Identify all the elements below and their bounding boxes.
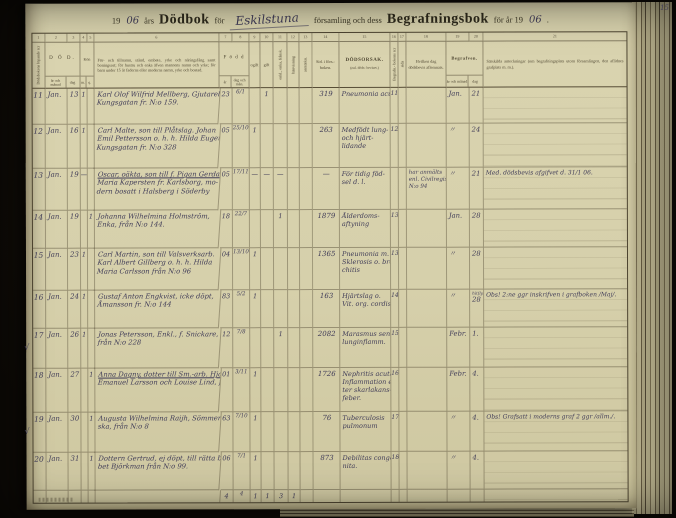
cell-nr: 11 — [391, 88, 399, 124]
cell-note — [484, 87, 627, 123]
cell-no: 15 — [33, 249, 46, 291]
cell-bmonth: Febr. — [447, 368, 470, 412]
mid-label: församling och dess — [314, 15, 382, 25]
cell-sid: 2082 — [313, 328, 340, 368]
col-num: 5 — [87, 34, 94, 43]
cell-s4 — [300, 368, 313, 412]
cell-s1: — — [261, 168, 274, 210]
cell-s2: 1 — [274, 328, 288, 368]
cell-orsak — [341, 490, 392, 502]
col-num: 12 — [287, 33, 299, 42]
cell-note — [484, 123, 627, 167]
cell-fyr: 83 — [220, 290, 233, 328]
cell-sid: 1879 — [313, 210, 340, 248]
header-cause-of-death: DÖDSORSAK. (enl. döds- beviset.) — [339, 42, 390, 88]
header-death-certificate: Hvilken dag dödsbevis aflemnats. — [406, 42, 446, 88]
parish-handwritten: Eskilstuna — [229, 10, 309, 30]
header-buried-day: dag — [469, 76, 482, 87]
cell-name — [95, 490, 221, 502]
cell-month: Jan. — [46, 291, 68, 329]
cell-name: Dottern Gertrud, ej döpt, till rätta ben… — [94, 452, 222, 490]
cell-name: Augusta Wilhelmina Raijh, Sömmer-ska, fr… — [94, 412, 222, 452]
cell-name: Carl Malte, son till Plåtslag. JohanEmil… — [93, 124, 221, 168]
cell-fdm: 17/11 — [233, 168, 250, 210]
for-ar-label: för år 19 — [494, 14, 523, 24]
cell-fyr: 18 — [220, 210, 233, 248]
cell-attest — [407, 124, 447, 168]
cell-fdm: 7/10 — [233, 412, 250, 452]
cell-no: 12 — [33, 125, 46, 169]
cell-nr2 — [399, 124, 407, 168]
col-num: 20 — [469, 33, 483, 42]
cell-no: 16 — [33, 291, 46, 329]
cell-note: Med. dödsbevis afgifvet d. 31/1 06. — [484, 167, 627, 209]
cell-day: 27 — [68, 369, 81, 413]
cell-bmonth — [448, 490, 471, 502]
cell-fyr: 06 — [221, 452, 234, 490]
cell-nr2 — [399, 88, 407, 124]
cell-s1 — [262, 452, 275, 490]
cell-s4 — [300, 168, 313, 210]
cell-bday: 28 — [470, 210, 484, 248]
photo-background: 15 1906 års Dödbok för Eskilstuna försam… — [0, 0, 676, 518]
cell-s2 — [274, 368, 288, 412]
cell-s0: 1 — [251, 490, 262, 502]
cell-month: Jan. — [46, 169, 68, 211]
cell-s3 — [288, 248, 300, 290]
cell-s4 — [301, 490, 314, 502]
cell-no: 20 — [34, 453, 47, 491]
cell-s1 — [261, 290, 274, 328]
cell-s1: 1 — [262, 490, 275, 502]
cell-attest — [407, 248, 447, 290]
stacked-page-edges — [632, 2, 672, 514]
cell-bmonth: 〃 — [447, 290, 470, 328]
cell-attest — [407, 328, 447, 368]
cell-s1: 1 — [261, 88, 274, 124]
cell-sid: 263 — [313, 124, 340, 168]
cell-month: Jan. — [46, 413, 68, 453]
cell-s2 — [274, 124, 288, 168]
cell-nr: 15 — [391, 328, 399, 368]
cell-name: Johanna Wilhelmina Holmström,Enka, från … — [94, 210, 222, 248]
cell-no: 19 — [33, 413, 46, 453]
cell-fdm: 22/7 — [233, 210, 250, 248]
cell-sid: — — [313, 168, 340, 210]
col-num: 8 — [232, 33, 249, 42]
year-handwritten: 06 — [126, 16, 139, 27]
cell-s4 — [301, 452, 314, 490]
cell-bday: 21 — [470, 88, 484, 124]
cell-nr: 17 — [391, 412, 399, 452]
cell-s4 — [300, 88, 313, 124]
cell-orsak: Debilitas conge-nita. — [341, 452, 392, 490]
cell-sid — [314, 490, 341, 502]
col-num: 1 — [32, 34, 45, 43]
cell-attest: har anmältsenl. CivilregistretN:o 94 — [407, 168, 447, 210]
cell-nr2 — [399, 328, 407, 368]
cell-s3 — [288, 290, 300, 328]
cell-s4 — [300, 412, 313, 452]
cell-s4 — [300, 210, 313, 248]
header-reference: hänvisning — [287, 42, 299, 88]
col-num: 2 — [45, 34, 67, 43]
header-buried-group: Begrafven. år och månad dag — [446, 42, 483, 88]
cell-month: Jan. — [46, 89, 68, 125]
cell-day: 19 — [68, 211, 81, 249]
cell-fyr: 01 — [220, 368, 233, 412]
cell-s2: 3 — [275, 490, 289, 502]
cell-s2 — [274, 88, 288, 124]
cell-nr — [391, 168, 399, 210]
col-num: 19 — [446, 33, 469, 42]
cell-no: 14 — [33, 211, 46, 249]
cell-nr: 16 — [391, 368, 399, 412]
cell-s0: 1 — [250, 124, 261, 168]
cell-s3 — [288, 328, 300, 368]
cell-day: 26 — [68, 329, 81, 369]
cell-s3 — [288, 168, 300, 210]
cell-s3 — [288, 412, 300, 452]
cell-s2 — [274, 290, 288, 328]
cell-no: 18 — [33, 369, 46, 413]
cell-s3 — [288, 88, 300, 124]
cell-s2: 1 — [274, 210, 288, 248]
cell-day: 16 — [68, 125, 81, 169]
year-handwritten-2: 06 — [529, 14, 542, 25]
cell-attest — [407, 368, 447, 412]
cell-name: Jonas Petersson, Enkl., f. Snickare,från… — [94, 328, 222, 368]
cell-nr2 — [399, 412, 407, 452]
cell-nr2 — [399, 368, 407, 412]
dodbok-title: Dödbok — [159, 12, 210, 28]
header-sex-group: Kön m. q. — [80, 43, 94, 89]
cell-fyr: 63 — [220, 412, 233, 452]
begrafningsbok-title: Begrafningsbok — [387, 12, 489, 28]
cell-day: 30 — [68, 413, 81, 453]
cell-bmonth: Jan. — [447, 88, 470, 124]
cell-fyr: 23 — [220, 88, 233, 124]
cell-bday: 24 — [470, 124, 484, 168]
cell-bmonth: 〃 — [447, 248, 470, 290]
cell-note — [484, 327, 627, 367]
cell-bday: 4. — [471, 452, 485, 490]
cell-bday — [471, 490, 485, 502]
header-unmarried: ogift — [249, 42, 260, 88]
cell-fdm: 6/1 — [233, 88, 250, 124]
cell-s2 — [275, 452, 289, 490]
cell-fdm: 5/2 — [233, 290, 250, 328]
cell-attest — [407, 290, 447, 328]
printer-mark — [39, 498, 73, 502]
cell-day: 31 — [69, 453, 82, 491]
cell-s2 — [274, 248, 288, 290]
cell-nr: 13 — [391, 248, 399, 290]
cell-nr: 13 — [391, 210, 399, 248]
cell-fdm: 4 — [234, 490, 251, 502]
cell-name: Oscar, oäkta, son till f. Pigan GerdaMar… — [93, 168, 221, 210]
header-remark: anmärkn. — [299, 42, 312, 88]
cell-s3 — [288, 210, 300, 248]
cell-bday: 4. — [470, 368, 484, 412]
cell-name: Anna Dagny, dotter till Sm.-arb. Hjalmar… — [94, 368, 222, 412]
cell-bday: 21 — [470, 168, 484, 210]
cell-s1 — [261, 210, 274, 248]
cell-orsak: Ålderdoms-aftyning — [340, 210, 391, 248]
stacked-page-edges-bottom — [280, 508, 634, 517]
cell-fyr: 4 — [221, 490, 234, 502]
table-header-row: Dödsbokens löpande n:r D Ö D. år och mån… — [32, 41, 626, 89]
cell-attest — [407, 412, 447, 452]
header-widowed: enkl., enka, frånsk. — [273, 42, 287, 88]
cell-no: 13 — [33, 169, 46, 211]
cell-s0: — — [250, 168, 261, 210]
cell-day: 23 — [68, 249, 81, 291]
cell-note — [484, 247, 627, 289]
cell-bmonth: 〃 — [447, 168, 470, 210]
cell-s4 — [300, 124, 313, 168]
header-parish-book-page: Sid. i förs.- boken. — [312, 42, 339, 88]
cell-day: 19 — [68, 169, 81, 211]
cell-orsak: Medfödt lung-och hjärt-lidande — [340, 124, 391, 168]
cell-s3: 1 — [289, 490, 301, 502]
cell-day: 13 — [68, 89, 81, 125]
cell-s3 — [288, 124, 300, 168]
col-num: 4 — [80, 34, 87, 43]
cell-month: Jan. — [46, 369, 68, 413]
col-num: 21 — [483, 32, 626, 41]
col-num: 13 — [299, 33, 312, 42]
col-num: 9 — [249, 33, 260, 42]
header-death-group: D Ö D. år och månad dag — [45, 43, 80, 89]
cell-s1 — [261, 368, 274, 412]
cell-s2 — [274, 412, 288, 452]
cell-nr2 — [399, 210, 407, 248]
cell-attest — [407, 210, 447, 248]
cell-s0: 1 — [251, 452, 262, 490]
cell-orsak: För tidig föd-sel d. l. — [340, 168, 391, 210]
cell-bmonth: 〃 — [447, 412, 470, 452]
cell-s0: 1 — [250, 412, 261, 452]
col-num: 16 — [390, 33, 398, 42]
margin-checkmark: √ — [24, 427, 29, 436]
header-born-year: år — [220, 76, 232, 87]
cell-fyr: 04 — [220, 248, 233, 290]
cell-month: Jan. — [46, 125, 68, 169]
cell-orsak: Marasmus senilis,lunginflamm. — [340, 328, 391, 368]
cell-sid: 873 — [314, 452, 341, 490]
cell-fdm: 13/10 — [233, 248, 250, 290]
cell-orsak: Pneumonia m. m.Sklerosis o. bron-chitis — [340, 248, 391, 290]
cell-s3 — [288, 368, 300, 412]
cell-name: Gustaf Anton Engkvist, icke döpt,Åmansso… — [94, 290, 222, 328]
cell-nr: 12 — [391, 124, 399, 168]
cell-nr2 — [400, 452, 408, 490]
col-num: 10 — [260, 33, 273, 42]
col-num: 3 — [67, 34, 80, 43]
table-body: 11Jan.131Karl Olof Wilfrid Mellberg, Gju… — [33, 87, 628, 503]
cell-orsak: Nephritis acuta,Inflammation ef-ter skar… — [340, 368, 391, 412]
cell-sid: 319 — [313, 88, 340, 124]
cell-s0: 1 — [250, 290, 261, 328]
header-buried-yearmonth: år och månad — [447, 76, 469, 87]
cell-note — [484, 367, 627, 411]
cell-nr — [392, 490, 400, 502]
col-num: 15 — [339, 33, 390, 42]
cell-sid: 1726 — [313, 368, 340, 412]
header-special-notes: Särskilda anteckningar (om begrafningspl… — [483, 41, 626, 87]
cell-nr2 — [399, 168, 407, 210]
register-table: 1 2 3 4 5 6 7 8 9 10 11 12 13 14 15 16 1… — [31, 31, 628, 504]
cell-sid: 163 — [313, 290, 340, 328]
cell-s1 — [261, 248, 274, 290]
cell-bmonth: Jan. — [447, 210, 470, 248]
header-female: q. — [87, 77, 93, 88]
cell-month: Jan. — [47, 453, 69, 491]
cell-nr: 18 — [392, 452, 400, 490]
header-born-day: dag och mån. — [232, 76, 248, 87]
cell-fdm: 7/8 — [233, 328, 250, 368]
cell-attest — [407, 88, 447, 124]
col-num: 18 — [406, 33, 446, 42]
cell-note — [485, 489, 628, 501]
col-num: 14 — [312, 33, 339, 42]
cell-s4 — [300, 248, 313, 290]
cell-bday: 28 — [470, 248, 484, 290]
cell-s4 — [300, 290, 313, 328]
cell-note — [484, 209, 627, 247]
cell-name: Karl Olof Wilfrid Mellberg, Gjutarelärli… — [93, 88, 220, 124]
cell-fyr: 05 — [220, 168, 233, 210]
cell-bday: 1. — [470, 328, 484, 368]
header-born-group: F ö d d år dag och mån. — [219, 42, 249, 88]
cell-bday: 4. — [470, 412, 484, 452]
cell-s1 — [261, 328, 274, 368]
cell-s0 — [250, 210, 261, 248]
cell-s4 — [300, 328, 313, 368]
header-death-yearmonth: år och månad — [46, 77, 67, 88]
header-running-number: Dödsbokens löpande n:r — [32, 43, 45, 89]
cell-orsak: Pneumonia acuta — [340, 88, 391, 124]
cell-month: Jan. — [46, 249, 68, 291]
cell-no: 17 — [33, 329, 46, 369]
cell-note: Obs! 2:ne ggr inskrifven i grafboken /Ma… — [484, 289, 627, 327]
cell-day: 24 — [68, 291, 81, 329]
cell-fdm: 3/11 — [233, 368, 250, 412]
col-num: 7 — [219, 33, 232, 42]
cell-orsak: Hjärtslag o.Vit. org. cordis, — [340, 290, 391, 328]
page-header: 1906 års Dödbok för Eskilstuna församlin… — [25, 2, 635, 32]
cell-no: 11 — [33, 89, 46, 125]
cell-s3 — [289, 452, 301, 490]
cell-attest — [408, 452, 448, 490]
page-number: 15 — [660, 4, 669, 12]
cell-s1 — [261, 124, 274, 168]
cell-s0 — [250, 328, 261, 368]
for-label: för — [214, 15, 224, 25]
col-num: 11 — [273, 33, 287, 42]
cell-month: Jan. — [46, 211, 68, 249]
cell-bday: hitflyttad28 — [470, 290, 484, 328]
cell-note — [485, 451, 628, 489]
cell-fyr: 05 — [220, 124, 233, 168]
cell-orsak: Tuberculosispulmonum — [340, 412, 391, 452]
cell-fdm: 25/10 — [233, 124, 250, 168]
margin-checkmark: √ — [24, 343, 29, 352]
year-prefix: 19 — [112, 16, 121, 26]
cell-bmonth: Febr. — [447, 328, 470, 368]
cell-sid: 76 — [313, 412, 340, 452]
cell-sid: 1365 — [313, 248, 340, 290]
cell-nr2 — [399, 290, 407, 328]
cell-month: Jan. — [46, 329, 68, 369]
cell-s0: 1 — [250, 248, 261, 290]
period: . — [547, 14, 549, 24]
header-married: gift — [260, 42, 273, 88]
cell-s2: — — [274, 168, 288, 210]
header-death-day: dag — [67, 77, 79, 88]
cell-name: Carl Martin, son till Valsverksarb.Karl … — [94, 248, 222, 290]
cell-attest — [408, 490, 448, 502]
header-burial-number: Begrafn.- bokens n:r — [390, 42, 398, 88]
cell-nr2 — [399, 248, 407, 290]
ledger-page: 1906 års Dödbok för Eskilstuna församlin… — [25, 2, 636, 510]
cell-s1 — [261, 412, 274, 452]
cell-bmonth: 〃 — [447, 124, 470, 168]
col-num: 17 — [398, 33, 406, 42]
header-name-column: För- och tillnamn, stånd, embete, yrke o… — [94, 42, 219, 88]
cell-fyr: 12 — [220, 328, 233, 368]
aars-label: års — [144, 15, 154, 25]
cell-note: Obs! Grafsatt i moderns graf 2 ggr /allm… — [484, 411, 627, 451]
cell-m — [82, 491, 89, 503]
header-burial-page: sida — [398, 42, 406, 88]
cell-s0 — [250, 88, 261, 124]
col-num: 6 — [94, 33, 219, 42]
cell-nr2 — [400, 490, 408, 502]
cell-fdm: 7/1 — [234, 452, 251, 490]
cell-nr: 14 — [391, 290, 399, 328]
cell-s0: 1 — [250, 368, 261, 412]
cell-bmonth: 〃 — [448, 452, 471, 490]
